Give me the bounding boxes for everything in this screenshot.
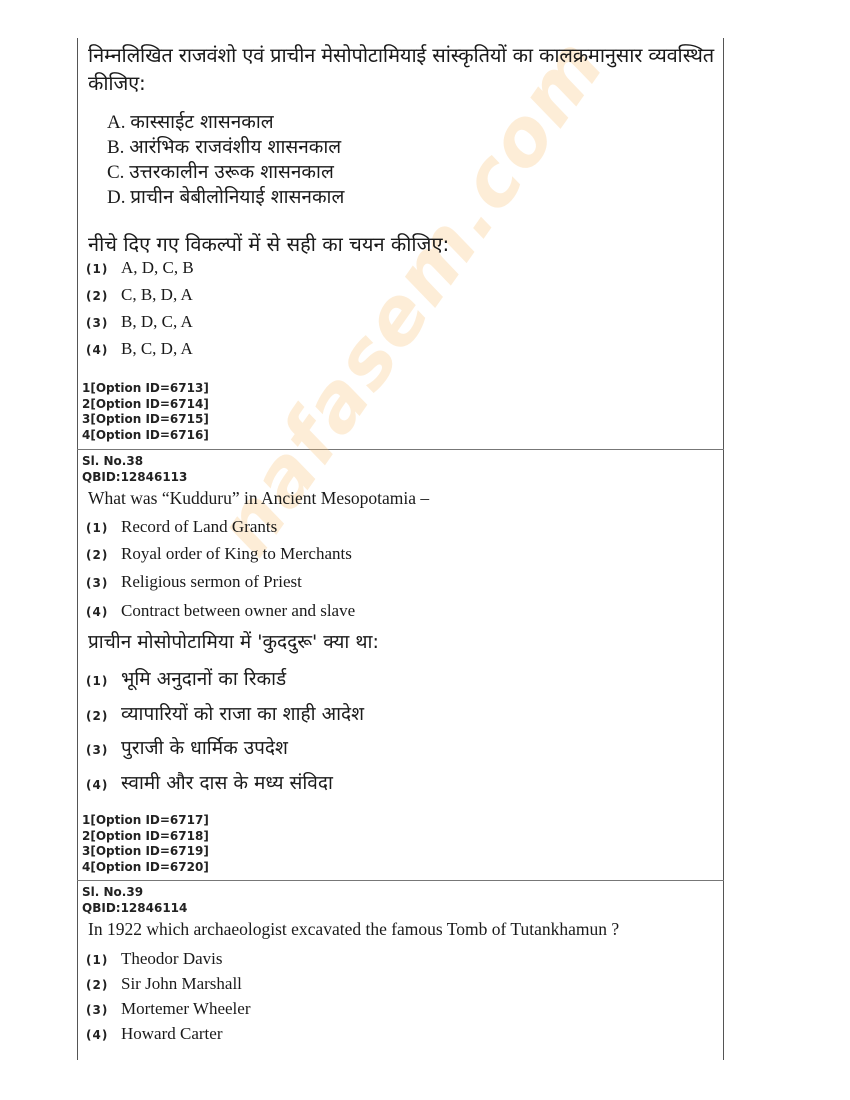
option-id: 2[Option ID=6718] [82,829,209,845]
exam-page: nafasem.com निम्नलिखित राजवंशो एवं प्राच… [0,0,850,1100]
option-2: (2)C, B, D, A [86,285,193,305]
option-2: (2)Royal order of King to Merchants [86,544,352,564]
sequence-item: D. प्राचीन बेबीलोनियाई शासनकाल [107,185,344,210]
sequence-item: B. आरंभिक राजवंशीय शासनकाल [107,135,344,160]
question-meta: Sl. No.38 QBID:12846113 [82,454,187,485]
option-3: (3)पुराजी के धार्मिक उपदेश [86,734,288,760]
option-4: (4)B, C, D, A [86,339,193,359]
sequence-item: C. उत्तरकालीन उरूक शासनकाल [107,160,344,185]
option-id: 2[Option ID=6714] [82,397,209,413]
option-id: 3[Option ID=6719] [82,844,209,860]
serial-number: Sl. No.39 [82,885,187,901]
item-label: B. [107,137,124,158]
item-text: प्राचीन बेबीलोनियाई शासनकाल [130,186,344,208]
option-1: (1)Theodor Davis [86,949,223,969]
option-4: (4)स्वामी और दास के मध्य संविदा [86,769,333,795]
option-2: (2)व्यापारियों को राजा का शाही आदेश [86,700,364,726]
question-text-english: In 1922 which archaeologist excavated th… [88,919,619,940]
question-stem-hindi: निम्नलिखित राजवंशो एवं प्राचीन मेसोपोटाम… [88,41,718,97]
right-border [723,38,724,1060]
question-meta: Sl. No.39 QBID:12846114 [82,885,187,916]
question-divider [77,880,724,881]
option-id: 4[Option ID=6720] [82,860,209,876]
option-id: 1[Option ID=6713] [82,381,209,397]
option-1: (1)Record of Land Grants [86,517,277,537]
option-id: 1[Option ID=6717] [82,813,209,829]
option-id: 3[Option ID=6715] [82,412,209,428]
left-border [77,38,78,1060]
qbid: QBID:12846113 [82,470,187,486]
option-3: (3)B, D, C, A [86,312,193,332]
item-text: कास्साईट शासनकाल [130,111,273,133]
option-3: (3)Religious sermon of Priest [86,572,302,592]
option-2: (2)Sir John Marshall [86,974,242,994]
choose-prompt: नीचे दिए गए विकल्पों में से सही का चयन क… [88,230,449,258]
option-3: (3)Mortemer Wheeler [86,999,250,1019]
option-4: (4)Howard Carter [86,1024,223,1044]
item-label: C. [107,162,124,183]
option-1: (1)भूमि अनुदानों का रिकार्ड [86,665,286,691]
item-text: उत्तरकालीन उरूक शासनकाल [129,161,334,183]
question-divider [77,449,724,450]
item-text: आरंभिक राजवंशीय शासनकाल [129,136,341,158]
qbid: QBID:12846114 [82,901,187,917]
option-1: (1)A, D, C, B [86,258,194,278]
question-text-hindi: प्राचीन मोसोपोटामिया में 'कुददुरू' क्या … [88,628,379,654]
option-id: 4[Option ID=6716] [82,428,209,444]
sequence-item: A. कास्साईट शासनकाल [107,110,344,135]
sequence-items: A. कास्साईट शासनकाल B. आरंभिक राजवंशीय श… [107,110,344,210]
option-id-list: 1[Option ID=6713] 2[Option ID=6714] 3[Op… [82,381,209,443]
option-id-list: 1[Option ID=6717] 2[Option ID=6718] 3[Op… [82,813,209,875]
question-text-english: What was “Kudduru” in Ancient Mesopotami… [88,488,429,509]
option-4: (4)Contract between owner and slave [86,601,355,621]
serial-number: Sl. No.38 [82,454,187,470]
item-label: D. [107,187,125,208]
item-label: A. [107,112,125,133]
